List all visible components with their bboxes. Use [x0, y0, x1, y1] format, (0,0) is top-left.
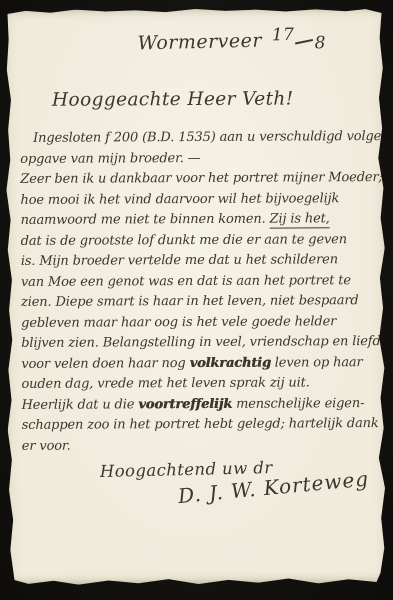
letter-line: schappen zoo in het portret hebt gelegd;…: [22, 414, 386, 436]
date-fraction: 178: [272, 28, 326, 51]
letter-line: er voor.: [22, 435, 386, 457]
date-slash: [295, 39, 313, 44]
line-text: menschelijke eigen-: [232, 396, 364, 412]
underlined-phrase: Zij is het,: [270, 211, 330, 228]
letter-line: Zeer ben ik u dankbaar voor het portret …: [20, 168, 384, 190]
retraced-word: voortreffelijk: [138, 396, 232, 411]
letter-line: hoe mooi ik het vind daarvoor wil het bi…: [20, 189, 384, 211]
letter-paper: Wormerveer178 Hooggeachte Heer Veth! Ing…: [5, 8, 386, 586]
letter-line: Ingesloten f 200 (B.D. 1535) aan u versc…: [20, 127, 384, 149]
line-text: voor velen doen haar nog: [21, 356, 189, 372]
letter-body: Ingesloten f 200 (B.D. 1535) aan u versc…: [20, 127, 386, 457]
letter-line: voor velen doen haar nog volkrachtig lev…: [21, 353, 385, 375]
letter-line: naamwoord me niet te binnen komen. Zij i…: [21, 209, 385, 231]
salutation: Hooggeachte Heer Veth!: [52, 88, 384, 120]
date-day: 17: [272, 25, 295, 46]
letter-line: opgave van mijn broeder. —: [20, 148, 384, 170]
photo-background: Wormerveer178 Hooggeachte Heer Veth! Ing…: [0, 0, 393, 600]
letter-line: gebleven maar haar oog is het vele goede…: [21, 312, 385, 334]
letter-line: Heerlijk dat u die voortreffelijk mensch…: [22, 394, 386, 416]
retraced-word: volkrachtig: [190, 355, 271, 370]
letter-line: dat is de grootste lof dunkt me die er a…: [21, 230, 385, 252]
line-text: leven op haar: [271, 355, 363, 370]
letter-line: van Moe een genot was en dat is aan het …: [21, 271, 385, 293]
letter-line: zien. Diepe smart is haar in het leven, …: [21, 291, 385, 313]
dateline: Wormerveer178: [137, 27, 384, 69]
letter-line: ouden dag, vrede met het leven sprak zij…: [21, 373, 385, 395]
line-text: naamwoord me niet te binnen komen.: [21, 212, 270, 228]
letter-line: is. Mijn broeder vertelde me dat u het s…: [21, 250, 385, 272]
letter-line: blijven zien. Belangstelling in veel, vr…: [21, 332, 385, 354]
dateline-place: Wormerveer: [137, 30, 262, 55]
line-text: Heerlijk dat u die: [22, 397, 139, 413]
date-month: 8: [314, 33, 326, 53]
